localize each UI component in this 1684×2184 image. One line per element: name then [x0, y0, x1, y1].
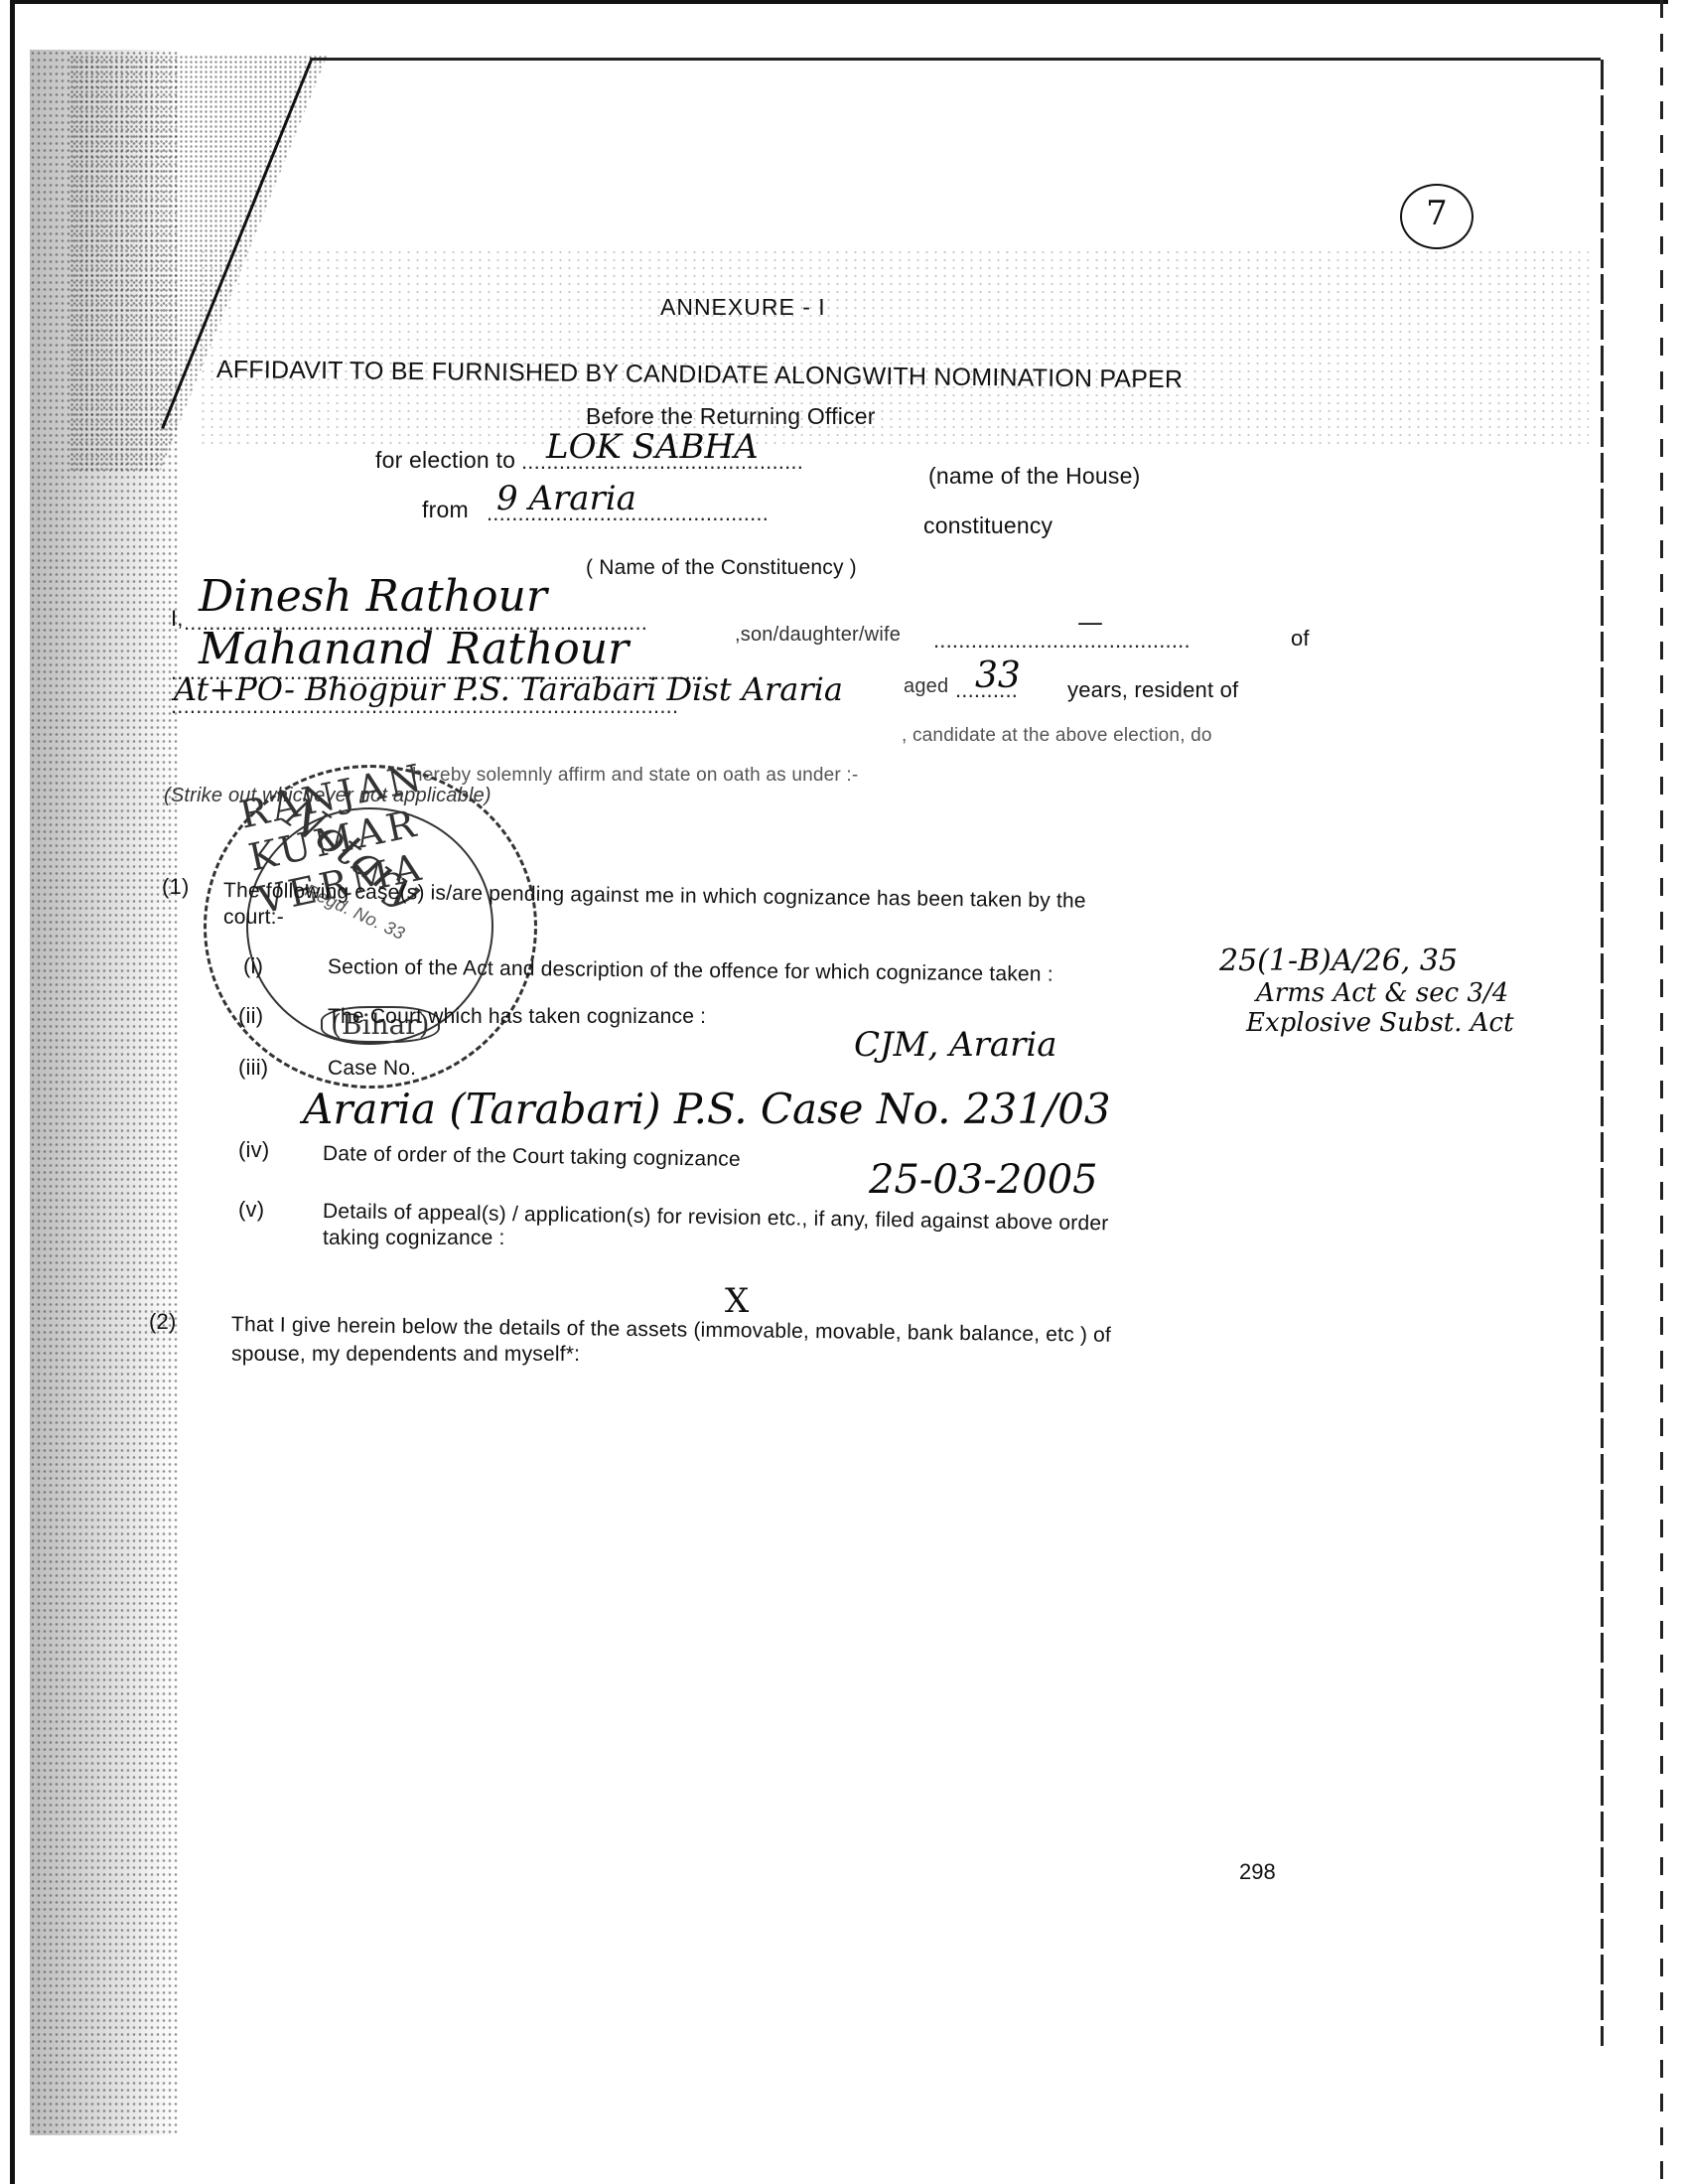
- constituency-handwritten: 9 Araria: [496, 479, 636, 518]
- item-v-number: (v): [238, 1197, 264, 1223]
- circled-page-marker: 7: [1400, 184, 1473, 249]
- item-iii-value: Araria (Tarabari) P.S. Case No. 231/03: [303, 1085, 1111, 1133]
- section-1-court: court:-: [223, 906, 284, 930]
- constituency-caption: ( Name of the Constituency ): [586, 556, 857, 580]
- i-label: I,: [171, 606, 184, 632]
- item-i-value-line1: 25(1-B)A/26, 35: [1219, 944, 1458, 978]
- item-ii-value: CJM, Araria: [854, 1025, 1057, 1065]
- section-2-text-line2: spouse, my dependents and myself*:: [231, 1343, 580, 1367]
- address-handwritten: At+PO- Bhogpur P.S. Tarabari Dist Araria: [174, 670, 843, 708]
- from-label: from: [422, 497, 469, 523]
- item-iii-label: Case No.: [328, 1057, 416, 1081]
- item-ii-label: The Court which has taken cognizance :: [328, 1005, 706, 1029]
- section-2-number: (2): [149, 1309, 177, 1335]
- scanned-affidavit-page: 7 ANNEXURE - I AFFIDAVIT TO BE FURNISHED…: [0, 0, 1684, 2184]
- section-1-number: (1): [162, 874, 190, 900]
- parent-name-handwritten: Mahanand Rathour: [199, 624, 629, 674]
- item-v-value-cross: X: [725, 1281, 749, 1321]
- scan-right-edge: [1660, 0, 1663, 2184]
- before-returning-officer: Before the Returning Officer: [586, 403, 876, 430]
- page-number: 298: [1239, 1859, 1276, 1885]
- item-iv-label: Date of order of the Court taking cogniz…: [323, 1142, 741, 1172]
- paper-right-edge: [1601, 60, 1604, 2046]
- relation-handwritten: —: [1077, 608, 1103, 638]
- scan-left-border: [10, 0, 15, 2184]
- item-iv-value: 25-03-2005: [869, 1157, 1098, 1203]
- item-i-value-line3: Explosive Subst. Act: [1246, 1008, 1514, 1038]
- item-v-label-line2: taking cognizance :: [323, 1227, 505, 1250]
- constituency-label: constituency: [923, 512, 1052, 539]
- age-handwritten: 33: [975, 655, 1021, 696]
- years-resident-label: years, resident of: [1067, 677, 1238, 703]
- page-marker-number: 7: [1402, 194, 1472, 233]
- house-name-handwritten: LOK SABHA: [546, 427, 759, 467]
- relation-label: ,son/daughter/wife: [735, 624, 901, 647]
- item-ii-number: (ii): [238, 1003, 263, 1029]
- dotted-fill: ........................................…: [933, 628, 1191, 654]
- item-i-value-line2: Arms Act & sec 3/4: [1256, 978, 1508, 1008]
- item-i-number: (i): [243, 953, 263, 979]
- scan-top-border: [10, 0, 1668, 4]
- paper-top-edge: [310, 58, 1601, 61]
- of-label: of: [1291, 626, 1310, 652]
- candidate-name-handwritten: Dinesh Rathour: [199, 571, 547, 622]
- item-iii-number: (iii): [238, 1055, 268, 1081]
- annexure-heading: ANNEXURE - I: [660, 294, 826, 321]
- house-label: (name of the House): [928, 463, 1140, 490]
- aged-label: aged: [904, 675, 948, 698]
- candidate-line: , candidate at the above election, do: [902, 725, 1212, 747]
- election-to-label: for election to: [375, 447, 515, 474]
- scan-noise-band: [199, 248, 1589, 447]
- item-iv-number: (iv): [238, 1137, 269, 1163]
